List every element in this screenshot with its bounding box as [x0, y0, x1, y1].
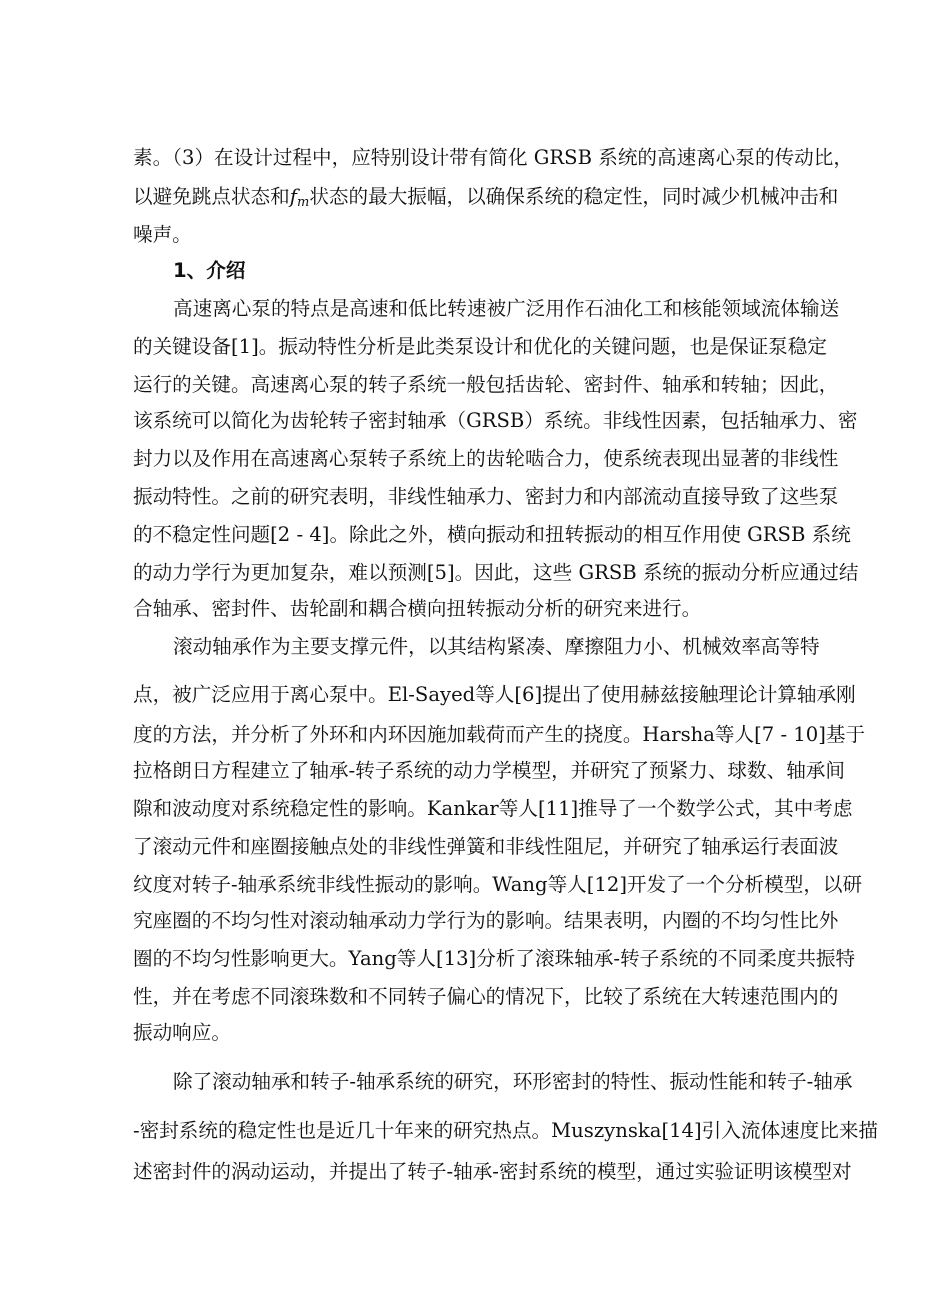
paragraph-line: 的动力学行为更加复杂，难以预测[5]。因此，这些 GRSB 系统的振动分析应通过…: [133, 561, 807, 585]
paragraph-line: 拉格朗日方程建立了轴承-转子系统的动力学模型，并研究了预紧力、球数、轴承间: [133, 759, 807, 783]
paragraph-line: 的关键设备[1]。振动特性分析是此类泵设计和优化的关键问题，也是保证泵稳定: [133, 335, 807, 359]
paragraph-line: 以避免跳点状态和fm状态的最大振幅，以确保系统的稳定性，同时减少机械冲击和: [133, 185, 807, 215]
paragraph-line: 滚动轴承作为主要支撑元件，以其结构紧凑、摩擦阻力小、机械效率高等特: [173, 635, 807, 659]
paragraph-line: 性，并在考虑不同滚珠数和不同转子偏心的情况下，比较了系统在大转速范围内的: [133, 985, 807, 1009]
math-subscript-m: m: [297, 195, 309, 210]
paragraph-line: 素。（3）在设计过程中，应特别设计带有简化 GRSB 系统的高速离心泵的传动比，: [133, 146, 807, 170]
paragraph-line: 合轴承、密封件、齿轮副和耦合横向扭转振动分析的研究来进行。: [133, 597, 807, 621]
paragraph-line: 纹度对转子-轴承系统非线性振动的影响。Wang等人[12]开发了一个分析模型，以…: [133, 873, 807, 897]
paragraph-line: 振动特性。之前的研究表明，非线性轴承力、密封力和内部流动直接导致了这些泵: [133, 485, 807, 509]
paragraph-line: 度的方法，并分析了外环和内环因施加载荷而产生的挠度。Harsha等人[7 - 1…: [133, 723, 807, 747]
paragraph-line: -密封系统的稳定性也是近几十年来的研究热点。Muszynska[14]引入流体速…: [133, 1119, 807, 1143]
paragraph-line: 点，被广泛应用于离心泵中。El-Sayed等人[6]提出了使用赫兹接触理论计算轴…: [133, 683, 807, 707]
paragraph-line: 高速离心泵的特点是高速和低比转速被广泛用作石油化工和核能领域流体输送: [173, 297, 807, 321]
paragraph-line: 振动响应。: [133, 1021, 807, 1045]
paragraph-line: 封力以及作用在高速离心泵转子系统上的齿轮啮合力，使系统表现出显著的非线性: [133, 447, 807, 471]
math-f: f: [290, 185, 297, 208]
paragraph-line: 噪声。: [133, 223, 807, 247]
paragraph-line: 该系统可以简化为齿轮转子密封轴承（GRSB）系统。非线性因素，包括轴承力、密: [133, 409, 807, 433]
line-suffix: 状态的最大振幅，以确保系统的稳定性，同时减少机械冲击和: [309, 185, 838, 208]
section-heading: 1、介绍: [173, 259, 245, 283]
paragraph-line: 述密封件的涡动运动，并提出了转子-轴承-密封系统的模型，通过实验证明该模型对: [133, 1160, 807, 1184]
paragraph-line: 究座圈的不均匀性对滚动轴承动力学行为的影响。结果表明，内圈的不均匀性比外: [133, 909, 807, 933]
paragraph-line: 了滚动元件和座圈接触点处的非线性弹簧和非线性阻尼，并研究了轴承运行表面波: [133, 835, 807, 859]
paragraph-line: 的不稳定性问题[2 - 4]。除此之外，横向振动和扭转振动的相互作用使 GRSB…: [133, 523, 807, 547]
paragraph-line: 运行的关键。高速离心泵的转子系统一般包括齿轮、密封件、轴承和转轴；因此，: [133, 373, 807, 397]
paragraph-line: 隙和波动度对系统稳定性的影响。Kankar等人[11]推导了一个数学公式，其中考…: [133, 797, 807, 821]
paragraph-line: 除了滚动轴承和转子-轴承系统的研究，环形密封的特性、振动性能和转子-轴承: [173, 1070, 807, 1094]
line-prefix: 以避免跳点状态和: [133, 185, 290, 208]
document-page: 素。（3）在设计过程中，应特别设计带有简化 GRSB 系统的高速离心泵的传动比，…: [0, 0, 926, 1309]
math-symbol-fm: fm: [290, 185, 310, 208]
paragraph-line: 圈的不均匀性影响更大。Yang等人[13]分析了滚珠轴承-转子系统的不同柔度共振…: [133, 947, 807, 971]
